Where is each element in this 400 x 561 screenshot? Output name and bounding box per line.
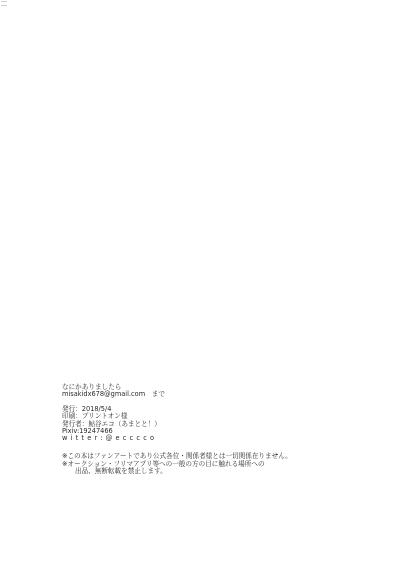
colophon-block: なにかありましたら misakidx678@gmail.com まで 発行：20… bbox=[62, 384, 165, 443]
twitter-handle: witter:@eccccо bbox=[62, 435, 165, 442]
disclaimer-resale-cont: 出品、無断転載を禁止します。 bbox=[62, 468, 292, 476]
disclaimer-notes: ※この本はファンアートであり公式各位・関係者様とは一切関係在りません。 ※オーク… bbox=[62, 453, 292, 476]
page-corner-mark bbox=[1, 1, 7, 6]
contact-email: misakidx678@gmail.com まで bbox=[62, 391, 165, 398]
